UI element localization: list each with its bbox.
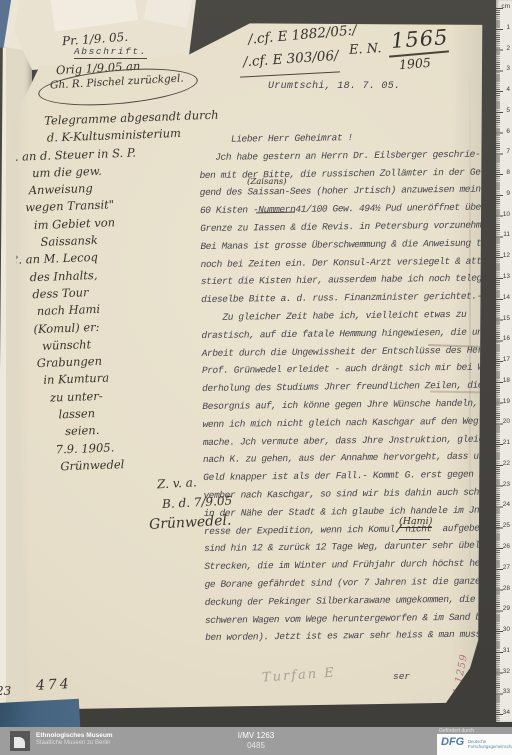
ruler-label: 7: [506, 148, 510, 155]
ruler-label: cm: [501, 3, 510, 10]
ruler-label: 34: [503, 709, 510, 716]
ruler-label: 20: [503, 418, 510, 425]
ruler-label: 19: [503, 398, 510, 405]
underline-mark: [399, 539, 430, 540]
ruler-label: 16: [503, 335, 510, 342]
dfg-logo: DFG Deutsche Forschungsgemeinschaft: [437, 734, 512, 755]
ruler-label: 2: [506, 45, 510, 52]
insertion-zaisans: (Zaisans): [247, 177, 287, 187]
ruler-label: 9: [506, 190, 510, 197]
catchword: ser: [393, 671, 410, 682]
scan-number: 0485: [0, 741, 512, 750]
margin-annotation-block2: Z. v. a.B. d. 7/9.05Grünwedel.: [147, 469, 260, 535]
ruler-label: 8: [506, 169, 510, 176]
insertion-hami: (Hami): [399, 516, 432, 528]
typed-line: ben worden). Jetzt ist es zwar sehr heis…: [205, 626, 512, 648]
ruler-label: 12: [503, 252, 510, 259]
ruler-label: 24: [503, 501, 510, 508]
ruler-label: 3: [506, 65, 510, 72]
ruler-label: 5: [506, 107, 510, 114]
ruler-label: 15: [503, 315, 510, 322]
dfg-abbr: DFG: [441, 736, 464, 748]
ruler-label: 30: [503, 626, 510, 633]
ruler-label: 10: [503, 211, 510, 218]
ruler-label: 25: [503, 522, 510, 529]
ruler-label: 26: [503, 543, 510, 550]
ruler-label: 33: [503, 688, 510, 695]
dfg-name: Deutsche Forschungsgemeinschaft: [468, 739, 512, 749]
document-page: Lieber Herr Geheimrat ! Jch habe gestern…: [0, 0, 512, 755]
archive-scan-viewer: Lieber Herr Geheimrat ! Jch habe gestern…: [0, 0, 512, 755]
ruler-label: 22: [503, 460, 510, 467]
ruler-label: 14: [503, 294, 510, 301]
margin-annotation-block: Telegramme abgesandt durchd. K-Kultusmin…: [6, 107, 209, 477]
archive-reference: I/MV 1263: [0, 731, 512, 740]
entry-year: 1905: [399, 55, 432, 72]
dateline: Urumtschi, 18. 7. 05.: [268, 81, 400, 92]
ruler-label: 29: [503, 605, 510, 612]
measuring-ruler: cm12345678910111213141516171819202122232…: [496, 0, 512, 722]
ruler-label: 6: [506, 128, 510, 135]
ruler-label: 11: [503, 231, 510, 238]
ruler-label: 4: [506, 86, 510, 93]
previous-page-number: 23: [0, 684, 11, 698]
typed-letter-body: Lieber Herr Geheimrat ! Jch habe gestern…: [199, 127, 512, 647]
ruler-label: 31: [503, 647, 510, 654]
ruler-label: 21: [503, 439, 510, 446]
ruler-label: 13: [503, 273, 510, 280]
ruler-label: 28: [503, 585, 510, 592]
abschrift-label: Abschrift.: [74, 46, 147, 59]
entry-number: 1565: [390, 25, 449, 53]
page-number: 474: [36, 676, 73, 694]
entry-number-label: E. N.: [349, 41, 382, 58]
ruler-label: 1: [506, 24, 510, 31]
ruler-label: 32: [503, 668, 510, 675]
ruler-label: 23: [503, 481, 510, 488]
viewer-footer-bar: Ethnologisches Museum Staatliche Museen …: [0, 727, 512, 755]
ruler-label: 17: [503, 356, 510, 363]
ruler-label: 27: [503, 564, 510, 571]
ruler-label: 18: [503, 377, 510, 384]
